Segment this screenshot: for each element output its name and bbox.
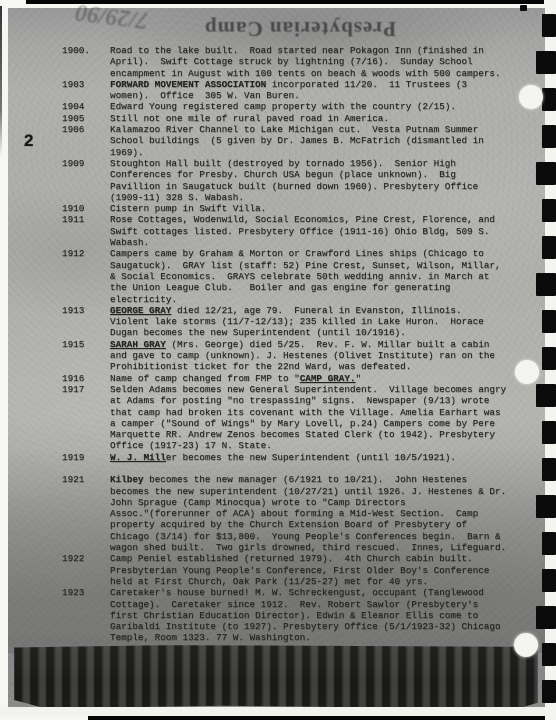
page-number: 2 <box>24 131 33 151</box>
entry-year: 1912 <box>62 248 110 304</box>
entry-year: 1906 <box>62 124 110 158</box>
binding-tooth <box>542 236 556 259</box>
entry-year: 1910 <box>62 203 110 214</box>
entry-year: 1911 <box>62 214 110 248</box>
timeline-entry: 1916Name of camp changed from FMP to "CA… <box>62 373 524 384</box>
scan-edge-left-line <box>0 6 2 156</box>
timeline-entry: 1923Caretaker's house burned! M. W. Schr… <box>62 587 524 643</box>
timeline-entry: 1904Edward Young registered camp propert… <box>62 101 524 112</box>
binding-tooth <box>536 495 556 518</box>
binding-tooth <box>536 51 556 74</box>
scan-edge-bottom-strip <box>88 716 556 720</box>
scan-dark-bottom-band <box>14 645 538 709</box>
binding-tooth <box>542 569 556 592</box>
entry-text: Caretaker's house burned! M. W. Schrecke… <box>110 587 524 643</box>
entry-text: W. J. Miller becomes the new Superintend… <box>110 452 524 463</box>
entry-year: 1915 <box>62 339 110 373</box>
timeline-entry: 1909Stoughton Hall built (destroyed by t… <box>62 158 524 203</box>
timeline-entry: 1913GEORGE GRAY died 12/21, age 79. Fune… <box>62 305 524 339</box>
flipped-book-title: Presbyterian Camp <box>195 16 405 41</box>
binding-tooth <box>542 199 556 222</box>
binding-tooth <box>542 680 556 703</box>
entry-text: Still not one mile of rural paved road i… <box>110 113 524 124</box>
entry-year: 1917 <box>62 384 110 452</box>
entry-year: 1916 <box>62 373 110 384</box>
entry-year: 1909 <box>62 158 110 203</box>
entry-year: 1919 <box>62 452 110 463</box>
entry-text: Stoughton Hall built (destroyed by torna… <box>110 158 524 203</box>
binding-tooth <box>542 532 556 555</box>
scan-edge-top-strip <box>26 0 544 4</box>
timeline-entry: 1921Kilbey becomes the new manager (6/19… <box>62 474 524 553</box>
entry-text: FORWARD MOVEMENT ASSOCIATION incorporate… <box>110 79 524 102</box>
timeline-entry: 1912Campers came by Graham & Morton or C… <box>62 248 524 304</box>
binding-tooth <box>542 643 556 666</box>
entry-text: Camp Peniel established (returned 1979).… <box>110 553 524 587</box>
timeline-entry: 1922Camp Peniel established (returned 19… <box>62 553 524 587</box>
timeline-entry: 1900.Road to the lake built. Road starte… <box>62 45 524 79</box>
binding-tooth <box>536 162 556 185</box>
binding-tooth <box>542 421 556 444</box>
entry-text: Kalamazoo River Channel to Lake Michigan… <box>110 124 524 158</box>
entry-year: 1903 <box>62 79 110 102</box>
entry-text: Road to the lake built. Road started nea… <box>110 45 524 79</box>
timeline-entry: 1917Selden Adams becomes new General Sup… <box>62 384 524 452</box>
binding-tooth <box>542 310 556 333</box>
punch-hole <box>519 85 543 109</box>
scan-speck <box>520 5 527 11</box>
binding-tooth <box>536 384 556 407</box>
binding-tooth <box>542 125 556 148</box>
binding-tooth <box>536 273 556 296</box>
entry-year: 1913 <box>62 305 110 339</box>
entry-year: 1900. <box>62 45 110 79</box>
binding-tooth <box>542 88 556 111</box>
entry-text: Rose Cottages, Wodenwild, Social Economi… <box>110 214 524 248</box>
entry-year: 1904 <box>62 101 110 112</box>
punch-hole <box>515 360 539 384</box>
timeline-entry: 1903FORWARD MOVEMENT ASSOCIATION incorpo… <box>62 79 524 102</box>
timeline-entry: 1919W. J. Miller becomes the new Superin… <box>62 452 524 463</box>
entry-text <box>110 463 524 474</box>
entry-text: Name of camp changed from FMP to "CAMP G… <box>110 373 524 384</box>
entry-text: Cistern pump in Swift Villa. <box>110 203 524 214</box>
entry-text: Campers came by Graham & Morton or Crawf… <box>110 248 524 304</box>
scan-bottom-white-strip <box>0 707 556 716</box>
binding-tooth <box>542 347 556 370</box>
timeline-entry: 1905Still not one mile of rural paved ro… <box>62 113 524 124</box>
binding-tooth <box>542 458 556 481</box>
entry-year: 1921 <box>62 474 110 553</box>
binding-tooth <box>536 606 556 629</box>
timeline-entry: 1910Cistern pump in Swift Villa. <box>62 203 524 214</box>
binding-tooth <box>542 14 556 37</box>
entry-text: Selden Adams becomes new General Superin… <box>110 384 524 452</box>
timeline-entry: 1906Kalamazoo River Channel to Lake Mich… <box>62 124 524 158</box>
entry-year: 1922 <box>62 553 110 587</box>
timeline-entry <box>62 463 524 474</box>
entry-text: Kilbey becomes the new manager (6/1921 t… <box>110 474 524 553</box>
entry-year <box>62 463 110 474</box>
entry-text: SARAH GRAY (Mrs. George) died 5/25. Rev.… <box>110 339 524 373</box>
entry-year: 1905 <box>62 113 110 124</box>
entry-year: 1923 <box>62 587 110 643</box>
entry-text: GEORGE GRAY died 12/21, age 79. Funeral … <box>110 305 524 339</box>
punch-hole <box>514 633 538 657</box>
entry-text: Edward Young registered camp property wi… <box>110 101 524 112</box>
timeline-entry: 1915SARAH GRAY (Mrs. George) died 5/25. … <box>62 339 524 373</box>
timeline-entry: 1911Rose Cottages, Wodenwild, Social Eco… <box>62 214 524 248</box>
entries: 1900.Road to the lake built. Road starte… <box>62 45 524 644</box>
